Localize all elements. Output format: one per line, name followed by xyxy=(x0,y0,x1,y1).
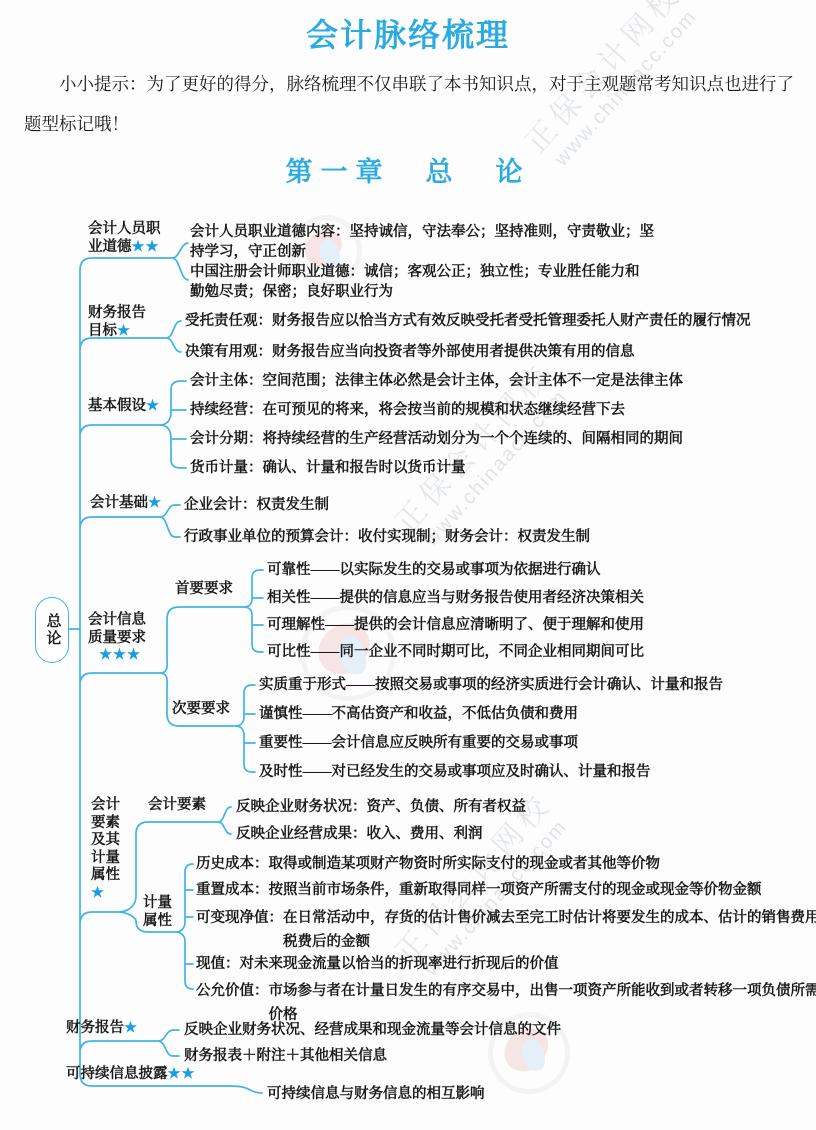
node-text: 持续经营：在可预见的将来，将会按当前的规模和状态继续经营下去 xyxy=(190,400,625,420)
node-text: 可靠性——以实际发生的交易或事项为依据进行确认 xyxy=(267,560,601,580)
branch-label-sustainability-disclosure: 可持续信息披露★★ xyxy=(66,1066,196,1084)
node-text: 反映企业财务状况：资产、负债、所有者权益 xyxy=(236,797,526,817)
node-text: 企业会计：权责发生制 xyxy=(184,495,329,515)
node-text: 受托责任观：财务报告应以恰当方式有效反映受托者受托管理委托人财产责任的履行情况 xyxy=(185,311,751,331)
node-text: 可变现净值：在日常活动中，存货的估计售价减去至完工时估计将要发生的成本、估计的销… xyxy=(196,906,816,954)
branch-label-text: 会计信息质量要求 xyxy=(88,612,146,646)
node-text: 会计人员职业道德内容：坚持诚信，守法奉公；坚持准则，守责敬业；坚持学习，守正创新 xyxy=(190,222,664,262)
branch-label-information-quality: 会计信息质量要求★★★ xyxy=(88,612,152,665)
node-text: 反映企业财务状况、经营成果和现金流量等会计信息的文件 xyxy=(184,1020,561,1040)
node-text: 可理解性——提供的会计信息应清晰明了、便于理解和使用 xyxy=(267,615,644,635)
node-text: 谨慎性——不高估资产和收益，不低估负债和费用 xyxy=(259,704,578,724)
branch-label-text: 会计基础 xyxy=(90,495,148,511)
node-text: 重置成本：按照当前市场条件，重新取得同样一项资产所需支付的现金或现金等价物金额 xyxy=(196,880,762,900)
chapter-heading: 第一章 总 论 xyxy=(0,150,816,189)
star-rating: ★★★ xyxy=(88,647,152,665)
node-text: 货币计量：确认、计量和报告时以货币计量 xyxy=(190,458,466,478)
node-text: 中国注册会计师职业道德：诚信；客观公正；独立性；专业胜任能力和勤勉尽责；保密；良… xyxy=(190,262,652,302)
star-rating: ★★ xyxy=(168,1066,196,1082)
branch-label-text: 基本假设 xyxy=(88,398,146,414)
star-rating: ★ xyxy=(148,495,162,511)
node-text: 行政事业单位的预算会计：收付实现制；财务会计：权责发生制 xyxy=(184,527,590,547)
node-text: 财务报表＋附注＋其他相关信息 xyxy=(184,1046,387,1066)
star-rating: ★ xyxy=(117,323,131,339)
node-text: 实质重于形式——按照交易或事项的经济实质进行会计确认、计量和报告 xyxy=(259,675,723,695)
branch-label-professional-ethics: 会计人员职业道德★★ xyxy=(88,221,168,256)
branch-label-accounting-basis: 会计基础★ xyxy=(90,495,162,513)
node-text: 重要性——会计信息应反映所有重要的交易或事项 xyxy=(259,733,578,753)
group-label-primary-requirements: 首要要求 xyxy=(175,581,233,599)
branch-label-basic-assumptions: 基本假设★ xyxy=(88,398,160,416)
node-text: 会计主体：空间范围；法律主体必然是会计主体，会计主体不一定是法律主体 xyxy=(190,371,683,391)
tip-text: 小小提示：为了更好的得分，脉络梳理不仅串联了本书知识点，对于主观题常考知识点也进… xyxy=(24,64,796,144)
page-title: 会计脉络梳理 xyxy=(0,10,816,56)
group-label-secondary-requirements: 次要要求 xyxy=(172,701,230,719)
node-text: 会计分期：将持续经营的生产经营活动划分为一个个连续的、间隔相同的期间 xyxy=(190,429,683,449)
group-label-accounting-elements: 会计要素 xyxy=(148,797,206,815)
group-label-measurement-attributes: 计量属性 xyxy=(143,895,175,930)
branch-label-text: 会计要素及其计量属性 xyxy=(91,797,123,885)
node-text: 相关性——提供的信息应当与财务报告使用者经济决策相关 xyxy=(267,588,644,608)
node-text: 反映企业经营成果：收入、费用、利润 xyxy=(236,824,483,844)
mindmap-page: 正保会计网校 www.chinaacc.com 正保会计网校 www.china… xyxy=(0,0,816,1130)
node-text: 及时性——对已经发生的交易或事项应及时确认、计量和报告 xyxy=(259,762,651,782)
branch-label-elements-and-measurement: 会计要素及其计量属性★ xyxy=(91,797,123,902)
branch-label-text: 可持续信息披露 xyxy=(66,1066,168,1082)
node-text: 决策有用观：财务报告应当向投资者等外部使用者提供决策有用的信息 xyxy=(185,342,635,362)
star-rating: ★ xyxy=(146,398,160,414)
star-rating: ★★ xyxy=(132,239,160,255)
star-rating: ★ xyxy=(124,1020,138,1036)
node-text: 现值：对未来现金流量以恰当的折现率进行折现后的价值 xyxy=(196,954,559,974)
node-text: 可比性——同一企业不同时期可比，不同企业相同期间可比 xyxy=(267,642,644,662)
node-text: 历史成本：取得或制造某项财产物资时所实际支付的现金或者其他等价物 xyxy=(196,854,660,874)
branch-label-financial-report: 财务报告★ xyxy=(66,1020,138,1038)
node-text: 可持续信息与财务信息的相互影响 xyxy=(267,1084,485,1104)
root-node: 总论 xyxy=(35,597,69,663)
branch-label-text: 财务报告 xyxy=(66,1020,124,1036)
branch-label-financial-report-objective: 财务报告目标★ xyxy=(88,305,150,340)
star-rating: ★ xyxy=(91,885,123,903)
